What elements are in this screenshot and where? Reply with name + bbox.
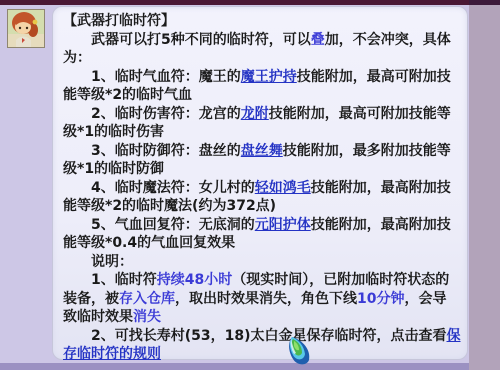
- dialog-line: 级*1的临时伤害: [63, 123, 461, 142]
- dialog-text: 【武器打临时符】武器可以打5种不同的临时符，可以叠加，不会冲突，具体为：1、临时…: [63, 12, 461, 364]
- skill-link-mowang-huchi[interactable]: 魔王护持: [241, 69, 297, 85]
- text-run: 武器可以打5种不同的临时符，可以: [91, 32, 311, 48]
- text-run: 致临时效果: [63, 309, 133, 325]
- text-run: 1、临时符: [91, 272, 157, 288]
- dialog-line: 为：: [63, 49, 461, 68]
- dialog-line: 级*1的临时防御: [63, 160, 461, 179]
- skill-link-pansiwu[interactable]: 盘丝舞: [241, 143, 283, 159]
- dialog-line: 2、临时伤害符：龙宫的龙附技能附加，最高可附加技能等: [63, 105, 461, 124]
- text-run: 4、临时魔法符：女儿村的: [91, 180, 255, 196]
- text-run: 技能附加，最高附加技: [311, 217, 451, 233]
- dialog-line: 致临时效果消失: [63, 308, 461, 327]
- rules-link-part2[interactable]: 存临时符的规则: [63, 346, 161, 362]
- text-run: 能等级*0.4的气血回复效果: [63, 235, 235, 251]
- text-run: 2、临时伤害符：龙宫的: [91, 106, 241, 122]
- text-run: 能等级*2的临时魔法(约为372点): [63, 198, 276, 214]
- text-run: 级*1的临时伤害: [63, 124, 164, 140]
- dialog-line: 1、临时符持续48小时（现实时间），已附加临时符状态的: [63, 271, 461, 290]
- screen-bottom-strip: [0, 363, 469, 370]
- help-dialog: 【武器打临时符】武器可以打5种不同的临时符，可以叠加，不会冲突，具体为：1、临时…: [52, 6, 468, 360]
- text-run: ，取出时效果消失，角色下线: [175, 291, 357, 307]
- text-run: 技能附加，最高可附加技能等: [269, 106, 451, 122]
- text-run: 5、气血回复符：无底洞的: [91, 217, 255, 233]
- skill-link-yuanyanghuti[interactable]: 元阳护体: [255, 217, 311, 233]
- dialog-line: 能等级*2的临时魔法(约为372点): [63, 197, 461, 216]
- dialog-line: 存临时符的规则: [63, 345, 461, 364]
- highlight-store: 存入仓库: [119, 291, 175, 307]
- text-run: 3、临时防御符：盘丝的: [91, 143, 241, 159]
- screen-top-bar: [0, 0, 500, 5]
- dialog-line: 2、可找长寿村(53，18)太白金星保存临时符，点击查看保: [63, 327, 461, 346]
- dialog-line: 武器可以打5种不同的临时符，可以叠加，不会冲突，具体: [63, 31, 461, 50]
- dialog-title: 【武器打临时符】: [63, 13, 175, 29]
- text-run: 说明：: [91, 254, 133, 270]
- dialog-line: 3、临时防御符：盘丝的盘丝舞技能附加，最多附加技能等: [63, 142, 461, 161]
- text-run: 技能附加，最高附加技: [311, 180, 451, 196]
- text-run: 加，不会冲突，具体: [325, 32, 451, 48]
- dialog-line: 1、临时气血符：魔王的魔王护持技能附加，最高可附加技: [63, 68, 461, 87]
- dialog-line: 【武器打临时符】: [63, 12, 461, 31]
- dialog-line: 能等级*0.4的气血回复效果: [63, 234, 461, 253]
- screen-right-strip: [469, 0, 500, 370]
- npc-avatar: [7, 9, 45, 48]
- dialog-line: 4、临时魔法符：女儿村的轻如鸿毛技能附加，最高附加技: [63, 179, 461, 198]
- npc-avatar-art: [8, 10, 44, 47]
- text-run: 1、临时气血符：魔王的: [91, 69, 241, 85]
- highlight-stack: 叠: [311, 32, 325, 48]
- dialog-line: 5、气血回复符：无底洞的元阳护体技能附加，最高附加技: [63, 216, 461, 235]
- text-run: 技能附加，最高可附加技: [297, 69, 451, 85]
- dialog-line: 说明：: [63, 253, 461, 272]
- highlight-offline-10min: 10分钟: [357, 291, 404, 307]
- text-run: （现实时间），已附加临时符状态的: [232, 272, 449, 288]
- skill-link-longfu[interactable]: 龙附: [241, 106, 269, 122]
- text-run: 技能附加，最多附加技能等: [283, 143, 451, 159]
- dialog-line: 装备，被存入仓库，取出时效果消失，角色下线10分钟，会导: [63, 290, 461, 309]
- text-run: 2、可找长寿村(53，18)太白金星保存临时符，点击查看: [91, 328, 447, 344]
- text-run: 级*1的临时防御: [63, 161, 164, 177]
- text-run: ，会导: [404, 291, 446, 307]
- highlight-disappear: 消失: [133, 309, 161, 325]
- text-run: 为：: [63, 50, 91, 66]
- dialog-line: 能等级*2的临时气血: [63, 86, 461, 105]
- highlight-duration: 持续48小时: [157, 272, 232, 288]
- rules-link-part1[interactable]: 保: [447, 328, 461, 344]
- text-run: 能等级*2的临时气血: [63, 87, 192, 103]
- text-run: 装备，被: [63, 291, 119, 307]
- screen-right-strip-top: [469, 0, 500, 5]
- skill-link-qingruhongmao[interactable]: 轻如鸿毛: [255, 180, 311, 196]
